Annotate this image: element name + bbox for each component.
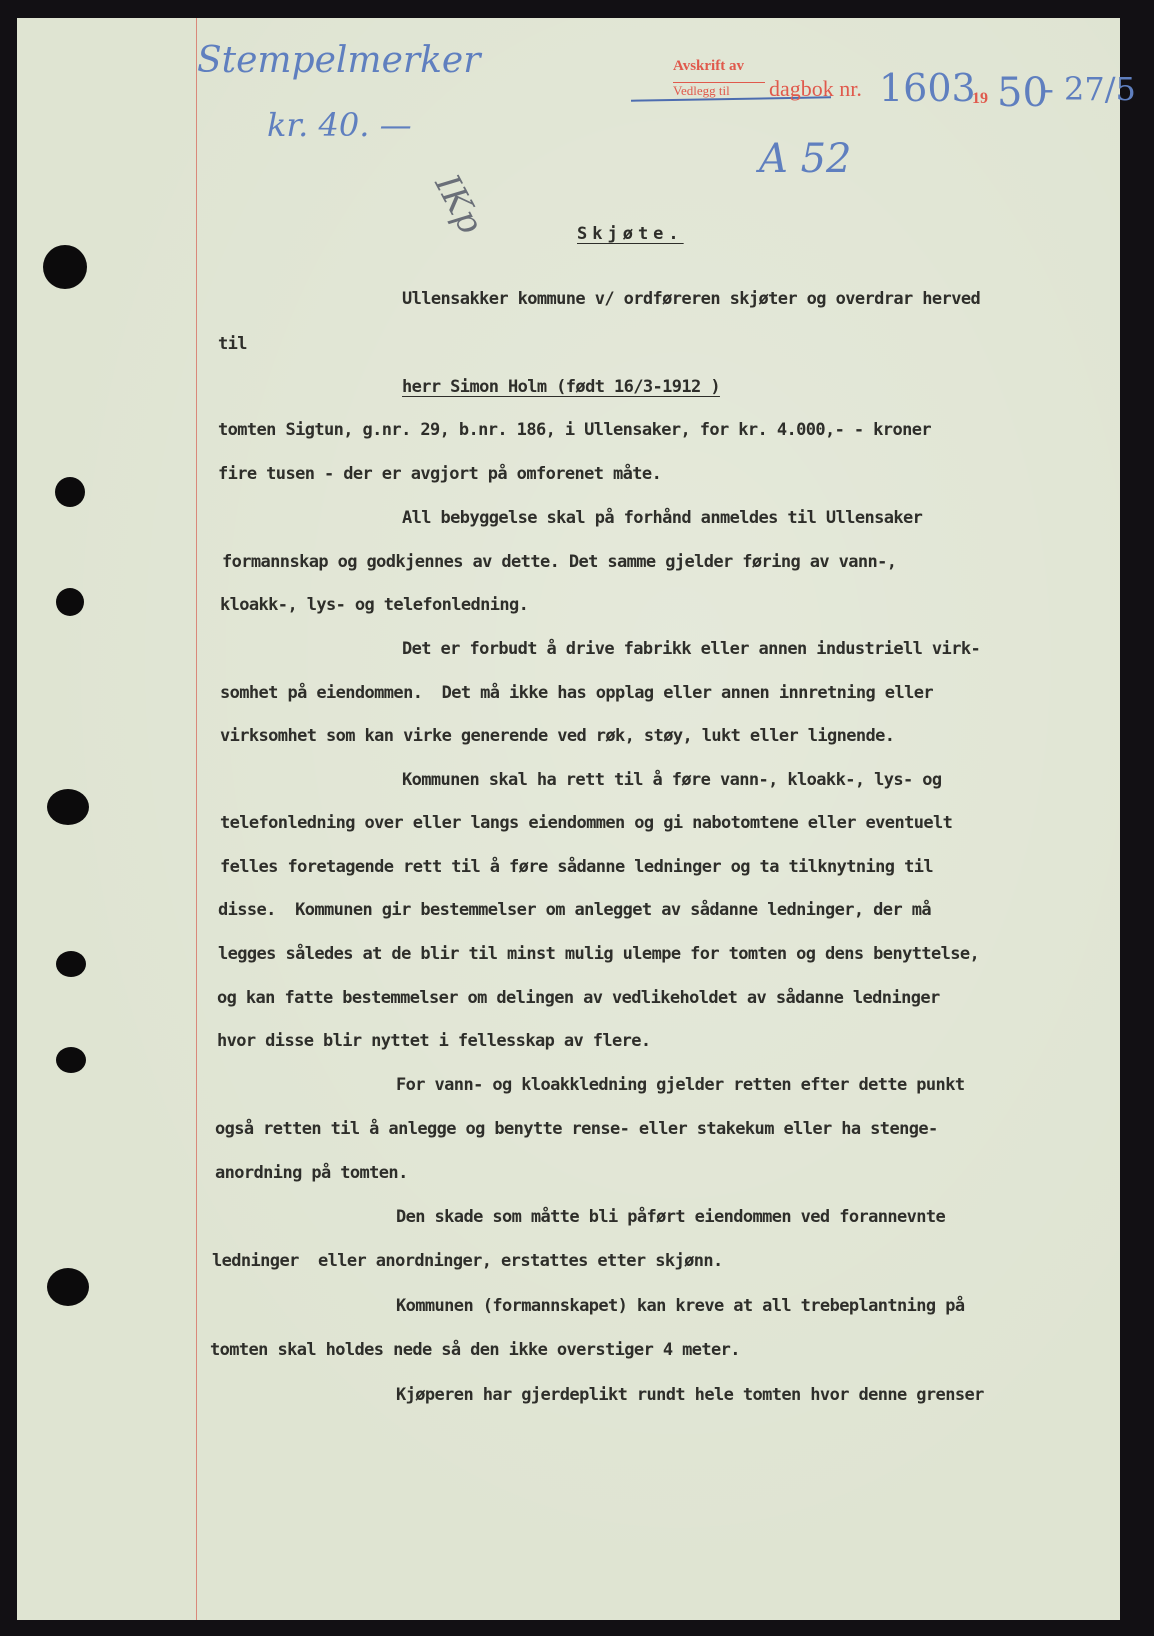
stamp-label-handwritten: Stempelmerker: [197, 40, 480, 81]
document-line: også retten til å anlegge og benytte ren…: [215, 1119, 938, 1139]
document-line: Kommunen skal ha rett til å føre vann-, …: [402, 770, 942, 790]
document-line: All bebyggelse skal på forhånd anmeldes …: [402, 508, 922, 528]
year-suffix: 50: [997, 70, 1048, 116]
document-line: felles foretagende rett til å føre sådan…: [220, 857, 933, 877]
document-page: Stempelmerker kr. 40. — IKp Avskrift av …: [17, 18, 1120, 1620]
document-line: ledninger eller anordninger, erstattes e…: [212, 1251, 723, 1271]
document-title: Skjøte.: [577, 224, 684, 244]
document-line: og kan fatte bestemmelser om delingen av…: [217, 988, 940, 1008]
document-line: somhet på eiendommen. Det må ikke has op…: [220, 683, 933, 703]
binder-hole-icon: [56, 1047, 86, 1073]
journal-number: 1603: [879, 66, 976, 110]
archive-ref: A 52: [759, 136, 852, 182]
document-line: Kommunen (formannskapet) kan kreve at al…: [396, 1296, 964, 1316]
year-prefix: 19: [972, 90, 988, 108]
document-line: tomten Sigtun, g.nr. 29, b.nr. 186, i Ul…: [218, 420, 931, 440]
document-line: hvor disse blir nyttet i fellesskap av f…: [217, 1031, 651, 1051]
binder-hole-icon: [47, 1268, 89, 1306]
document-line: tomten skal holdes nede så den ikke over…: [210, 1340, 740, 1360]
document-line: Den skade som måtte bli påført eiendomme…: [396, 1207, 945, 1227]
document-line: Det er forbudt å drive fabrikk eller ann…: [402, 639, 980, 659]
document-line: formannskap og godkjennes av dette. Det …: [222, 552, 896, 572]
document-line: virksomhet som kan virke generende ved r…: [220, 726, 894, 746]
document-line: anordning på tomten.: [215, 1163, 408, 1183]
document-line: Kjøperen har gjerdeplikt rundt hele tomt…: [396, 1385, 984, 1405]
form-label-attachment: Vedlegg til: [673, 83, 730, 99]
form-label-copy: Avskrift av: [673, 58, 744, 75]
document-line: legges således at de blir til minst muli…: [218, 944, 979, 964]
document-line: disse. Kommunen gir bestemmelser om anle…: [218, 900, 931, 920]
margin-line: [196, 18, 197, 1620]
form-label-journal: dagbok nr.: [769, 76, 862, 102]
document-line: telefonledning over eller langs eiendomm…: [220, 813, 952, 833]
binder-hole-icon: [43, 245, 87, 289]
binder-hole-icon: [56, 951, 86, 977]
date-handwritten: - 27/5: [1043, 70, 1136, 108]
binder-hole-icon: [56, 588, 84, 616]
document-line: fire tusen - der er avgjort på omforenet…: [218, 464, 661, 484]
document-line: Ullensakker kommune v/ ordføreren skjøte…: [402, 289, 980, 309]
initials-handwritten: IKp: [427, 168, 491, 240]
binder-hole-icon: [55, 477, 85, 507]
document-line: kloakk-, lys- og telefonledning.: [220, 595, 528, 615]
document-line: For vann- og kloakkledning gjelder rette…: [396, 1075, 964, 1095]
stamp-amount-handwritten: kr. 40. —: [267, 106, 412, 144]
binder-hole-icon: [47, 789, 89, 825]
document-line: til: [218, 334, 247, 354]
document-line: herr Simon Holm (født 16/3-1912 ): [402, 377, 720, 397]
